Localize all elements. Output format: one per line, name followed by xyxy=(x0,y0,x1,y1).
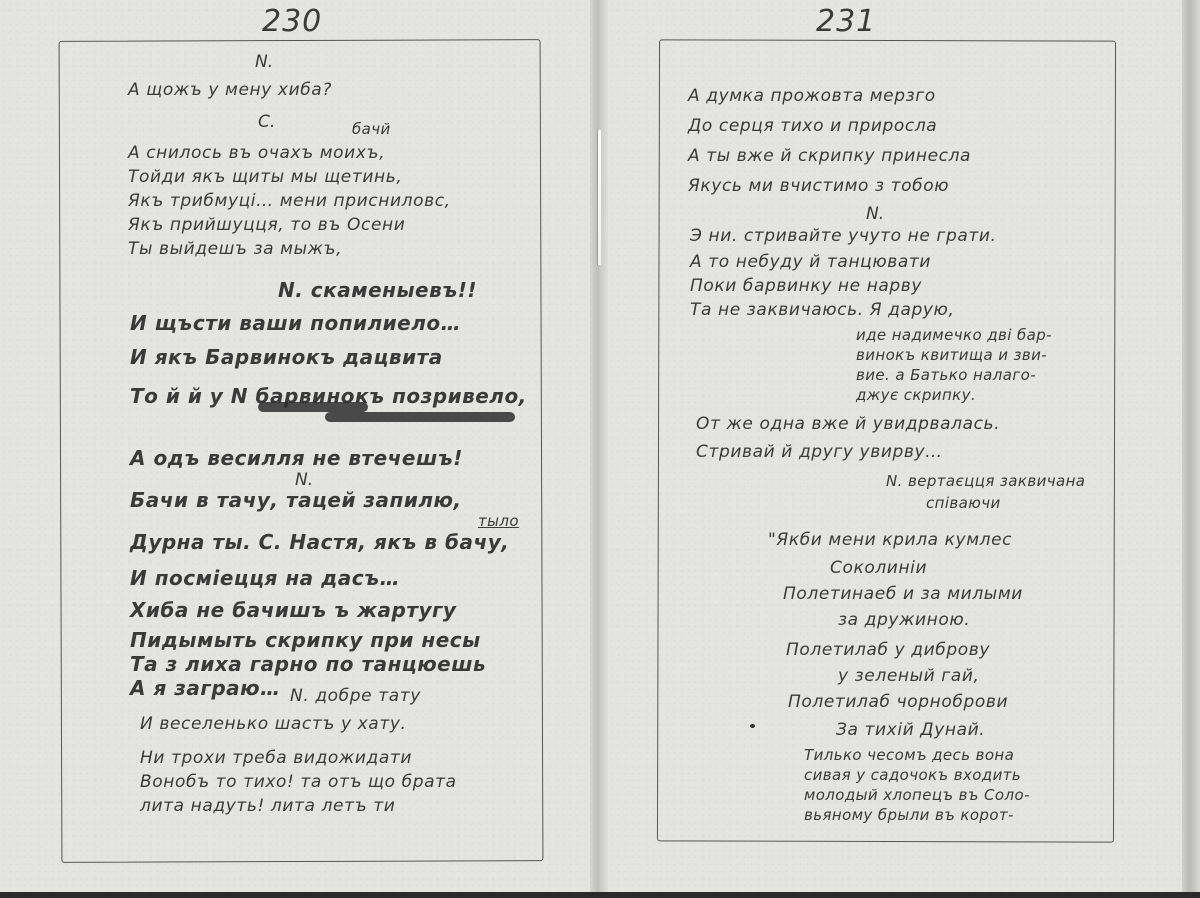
stage-direction: сивая у садочокъ входить xyxy=(804,766,1021,784)
manuscript-line: Э ни. стривайте учуто не грати. xyxy=(690,226,997,246)
song-line: Соколиніи xyxy=(830,558,927,578)
stage-direction: N. вертаєцця заквичана xyxy=(886,472,1085,490)
song-line: Полетилаб у диброву xyxy=(786,640,990,660)
annotation: тыло xyxy=(478,512,519,530)
book-spread: 230 N. А щожъ у мену хиба? С. бачй А сни… xyxy=(0,0,1200,898)
manuscript-line: Та з лиха гарно по танцюешь xyxy=(130,652,486,676)
stage-direction: вьяному брыли въ корот- xyxy=(804,806,1014,824)
manuscript-line: Хиба не бачишъ ъ жартугу xyxy=(130,598,456,622)
speaker-mark: N. xyxy=(255,52,273,72)
song-line: у зеленый гай, xyxy=(838,666,979,686)
manuscript-line: Тойди якъ щиты мы щетинь, xyxy=(128,167,402,187)
ink-strikethrough xyxy=(325,412,515,422)
manuscript-line: Якъ прийшуцця, то въ Осени xyxy=(128,215,405,235)
manuscript-line: Якусь ми вчистимо з тобою xyxy=(688,176,949,196)
song-line: за дружиною. xyxy=(838,610,970,630)
manuscript-line: И веселенько шастъ у хату. xyxy=(140,714,406,734)
book-gutter xyxy=(590,0,608,892)
manuscript-line: А снилось въ очахъ моихъ, xyxy=(128,143,385,163)
right-page: 231 А думка прожовта мерзго До серця тих… xyxy=(608,0,1200,892)
manuscript-line: Та не заквичаюсь. Я дарую, xyxy=(690,300,954,320)
ink-strikethrough xyxy=(258,402,368,412)
speaker-mark: N. xyxy=(866,204,884,224)
manuscript-line: Дурна ты. С. Настя, якъ в бачу, xyxy=(130,530,509,554)
speaker-mark: N. xyxy=(295,470,313,490)
manuscript-line: Ни трохи треба видожидати xyxy=(140,748,412,768)
speaker-mark: С. xyxy=(258,112,275,132)
song-line: Полетинаеб и за милыми xyxy=(783,584,1023,604)
song-line: За тихій Дунай. xyxy=(836,720,985,740)
left-page: 230 N. А щожъ у мену хиба? С. бачй А сни… xyxy=(0,0,590,892)
stage-direction: вие. а Батько налаго- xyxy=(856,366,1036,384)
stage-direction: співаючи xyxy=(926,494,1001,512)
binding-stitch xyxy=(597,130,601,265)
manuscript-line: Вонобъ то тихо! та отъ що брата xyxy=(140,772,457,792)
stage-direction: винокъ квитища и зви- xyxy=(856,346,1047,364)
manuscript-line: А то небуду й танцювати xyxy=(690,252,931,272)
ink-dot xyxy=(750,724,755,728)
manuscript-line: Поки барвинку не нарву xyxy=(690,276,922,296)
speaker-line: N. скаменыевъ!! xyxy=(278,278,477,302)
stage-direction: джує скрипку. xyxy=(856,386,976,404)
stage-direction: Тилько чесомъ десь вона xyxy=(804,746,1014,764)
manuscript-line: А щожъ у мену хиба? xyxy=(128,80,332,100)
manuscript-line: И щъсти ваши попилиело… xyxy=(130,311,461,335)
manuscript-line: И посміецця на дасъ… xyxy=(130,566,400,590)
manuscript-line: А я заграю… xyxy=(130,676,281,700)
manuscript-line: От же одна вже й увидрвалась. xyxy=(696,414,1000,434)
manuscript-line: Ты выйдешъ за мыжъ, xyxy=(128,239,342,259)
right-page-text: А думка прожовта мерзго До серця тихо и … xyxy=(608,0,1200,892)
manuscript-line: А одъ весилля не втечешъ! xyxy=(130,446,463,470)
manuscript-line: Пидымыть скрипку при несы xyxy=(130,628,481,652)
song-line: "Якби мени крила кумлес xyxy=(768,530,1012,550)
annotation: бачй xyxy=(352,120,391,138)
manuscript-line: Бачи в тачу, тацей запилю, xyxy=(130,488,462,512)
manuscript-line: лита надуть! лита летъ ти xyxy=(140,796,395,816)
manuscript-line: А ты вже й скрипку принесла xyxy=(688,146,971,166)
manuscript-line: Якъ трибмуці… мени присниловс, xyxy=(128,191,451,211)
manuscript-line: И якъ Барвинокъ дацвита xyxy=(130,345,443,369)
manuscript-line: А думка прожовта мерзго xyxy=(688,86,936,106)
manuscript-line: Стривай й другу увирву… xyxy=(696,442,943,462)
speaker-line: N. добре тату xyxy=(290,686,421,706)
stage-direction: молодый хлопецъ въ Соло- xyxy=(804,786,1030,804)
stage-direction: иде надимечко дві бар- xyxy=(856,326,1052,344)
manuscript-line: До серця тихо и приросла xyxy=(688,116,937,136)
scan-bottom-edge xyxy=(0,892,1200,898)
song-line: Полетилаб чорноброви xyxy=(788,692,1008,712)
left-page-text: N. А щожъ у мену хиба? С. бачй А снилось… xyxy=(0,0,590,892)
book-edge-right xyxy=(1182,0,1200,898)
